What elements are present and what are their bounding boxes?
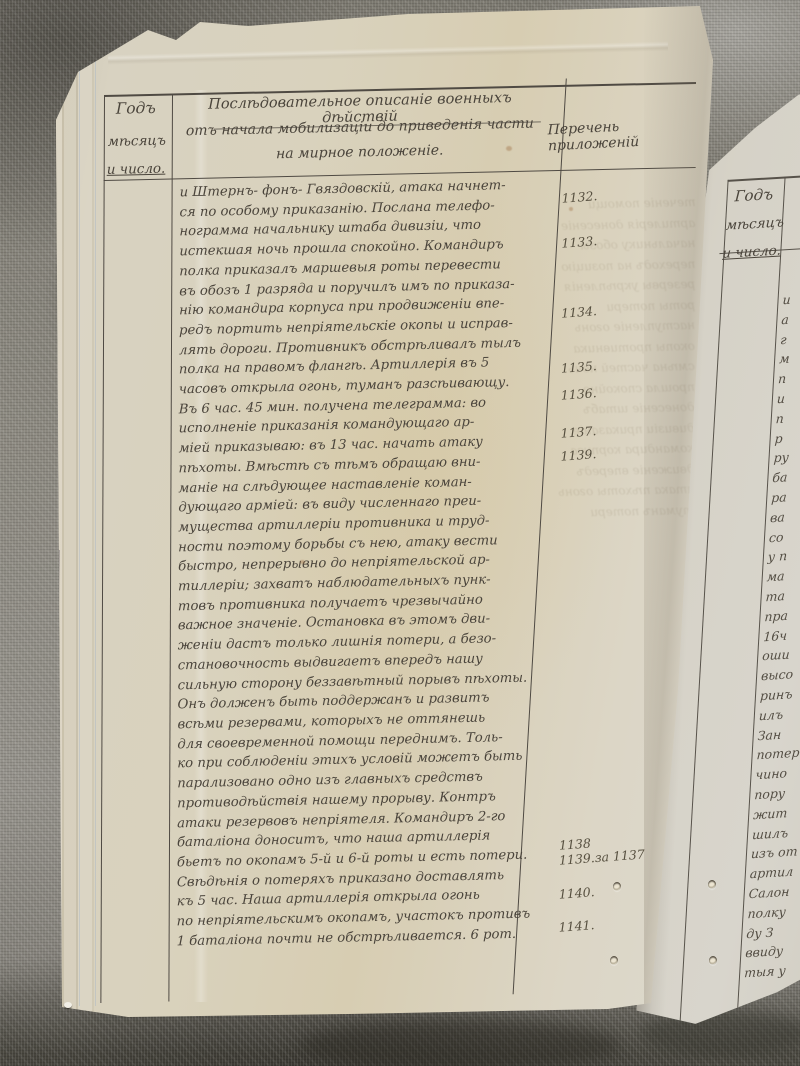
fabric-smudge [640,1010,800,1056]
foxing-spot [300,560,305,564]
date-column-header: мѣсяцъ [108,133,166,150]
blue-margin-rule [95,26,96,1006]
archival-photo: { "colors":{ "fabric":"#8b887f", "paper"… [0,0,800,1066]
journal-entry-lines: и Штернъ- фонъ- Гвяздовскій, атака начне… [177,175,540,951]
blue-margin-rule [79,26,80,1006]
foxing-spot [569,207,573,211]
text-fragment: и [782,285,800,310]
paper-hole [610,956,618,965]
date-column-header: Годъ [116,99,156,118]
description-column-header: на мирное положеніе. [184,140,536,164]
right-date-column-header: Годъ [734,185,773,205]
right-date-column-header: и число. [722,242,782,261]
foxing-spot [506,146,512,151]
right-table-top-border [728,171,800,182]
ledger-table: Годъ мѣсяцъ и число. Послѣдовательное оп… [100,0,704,1012]
right-date-column-header: мѣсяцъ [726,214,785,233]
main-page: Годъ мѣсяцъ и число. Послѣдовательное оп… [48,0,716,1022]
fabric-smudge [300,1020,620,1066]
paper-hole [613,882,621,891]
paper-speck [64,1002,72,1008]
paper-hole [709,956,717,965]
paper-hole [708,880,716,889]
date-column-divider [168,93,173,1001]
date-column-header: и число. [107,161,166,178]
